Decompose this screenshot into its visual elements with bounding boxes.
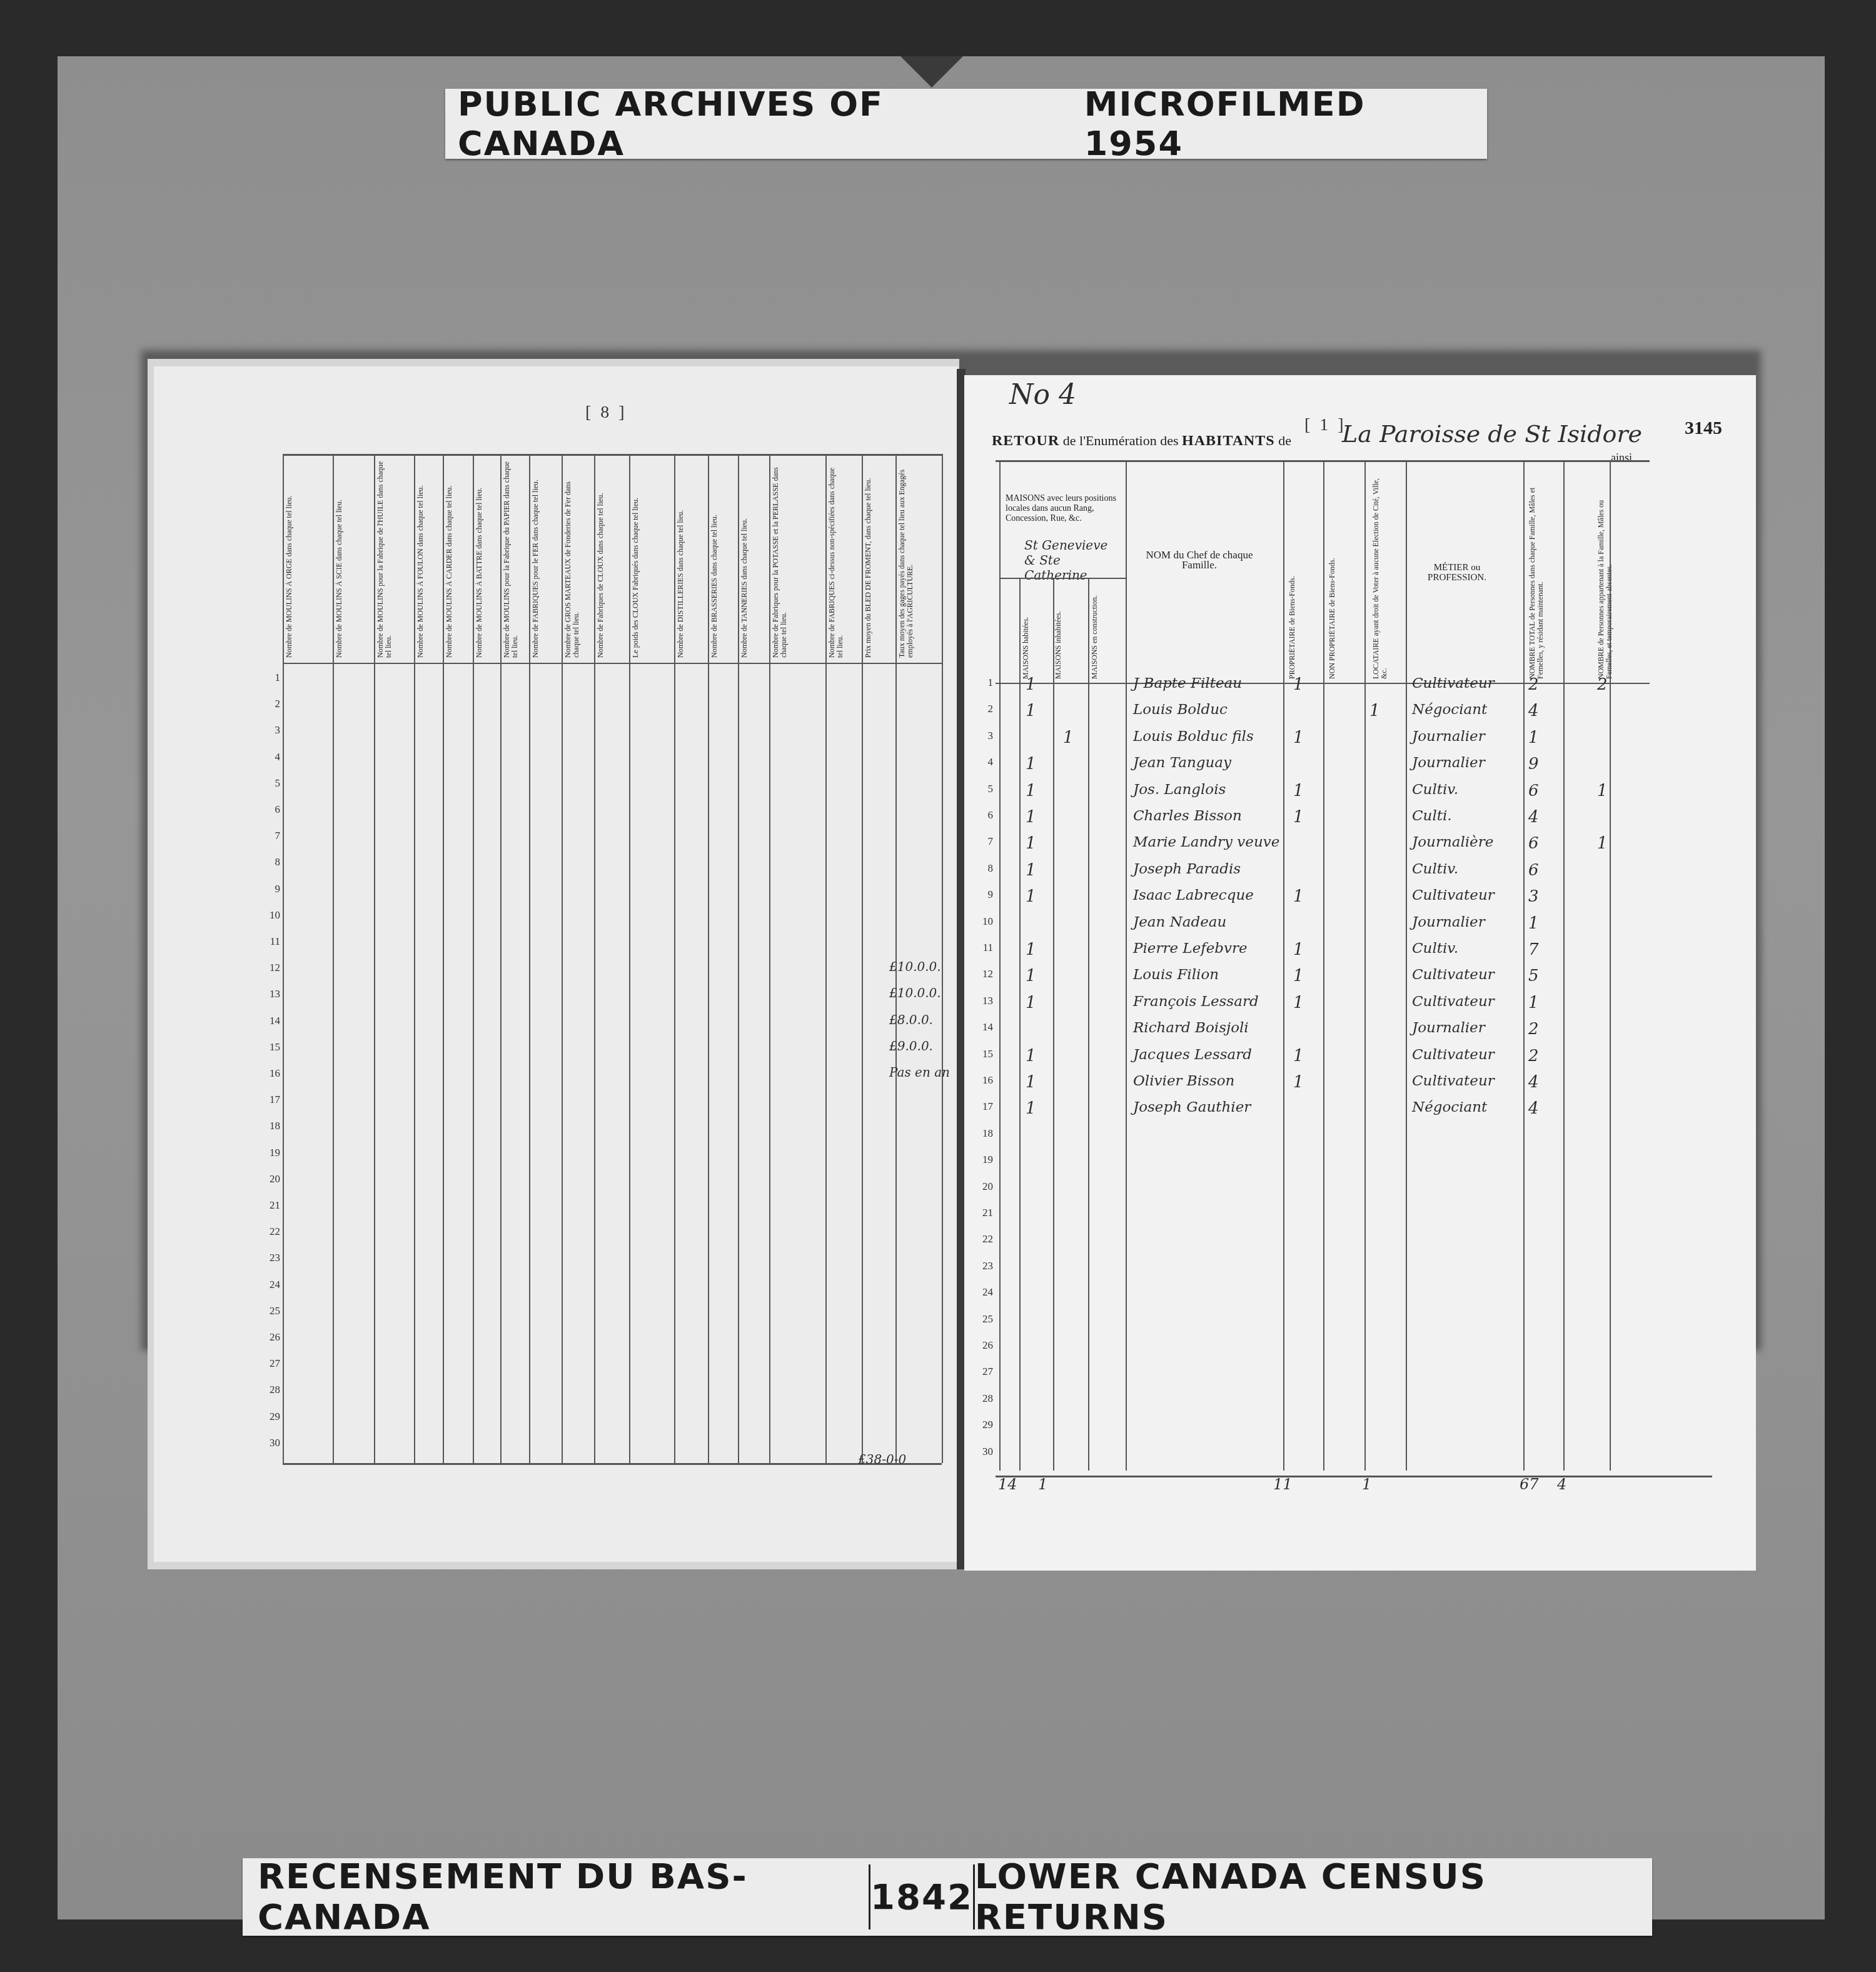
title-de: de <box>1278 433 1291 448</box>
total-hab: 14 <box>998 1476 1017 1493</box>
cell-prop: 1 <box>1293 808 1304 827</box>
left-header-bottom-rule <box>283 663 942 664</box>
cell-prop: 1 <box>1293 728 1304 747</box>
left-page-number: [ 8 ] <box>585 403 627 423</box>
right-column-header-locataire: LOCATAIRE ayant droit de Voter à aucune … <box>1372 475 1403 679</box>
left-row-number: 1 <box>255 672 280 684</box>
left-row-number: 4 <box>255 751 280 763</box>
left-row-number: 30 <box>255 1437 280 1449</box>
left-row-number: 27 <box>255 1357 280 1370</box>
right-column-rule <box>1364 460 1366 1471</box>
left-row-number: 18 <box>255 1120 280 1132</box>
left-column-header: Nombre de MOULINS pour la Fabrique de l'… <box>376 460 411 658</box>
right-row-number: 4 <box>968 756 993 768</box>
cell-total: 4 <box>1528 808 1539 827</box>
left-column-header: Nombre de Fabriques de CLOUX dans chaque… <box>597 460 627 658</box>
right-row-number: 26 <box>968 1339 993 1352</box>
left-row-number: 11 <box>255 935 280 948</box>
left-column-rule <box>708 454 709 1463</box>
right-row-number: 23 <box>968 1260 993 1272</box>
left-column-rule <box>769 454 770 1463</box>
left-column-rule <box>333 454 334 1463</box>
right-row-number: 17 <box>968 1100 993 1113</box>
right-column-header-maisons-construction: MAISONS en construction. <box>1091 581 1122 679</box>
left-row-number: 16 <box>255 1067 280 1080</box>
left-column-rule <box>629 454 630 1463</box>
left-column-header: Nombre de MOULINS À BATTRE dans chaque t… <box>475 460 498 658</box>
title-middle: de l'Enumération des <box>1063 433 1179 448</box>
wage-entry: £9.0.0. <box>889 1039 933 1054</box>
cell-name: Louis Filion <box>1133 967 1219 983</box>
sheet-number: 3145 <box>1685 418 1722 439</box>
right-column-rule <box>1053 578 1054 1471</box>
total-inhab: 1 <box>1038 1476 1047 1493</box>
archive-name: PUBLIC ARCHIVES OF CANADA <box>458 84 1059 163</box>
wage-entry: £10.0.0. <box>889 985 941 1000</box>
left-column-rule <box>594 454 595 1463</box>
cell-metier: Journalier <box>1412 914 1485 930</box>
left-column-rule <box>473 454 474 1463</box>
right-row-number: 30 <box>968 1446 993 1458</box>
left-row-number: 5 <box>255 777 280 790</box>
cell-name: Richard Boisjoli <box>1133 1020 1249 1036</box>
cell-name: Joseph Paradis <box>1133 861 1241 877</box>
left-row-number: 21 <box>255 1199 280 1212</box>
microfilm-date: MICROFILMED 1954 <box>1084 84 1475 163</box>
right-row-number: 5 <box>968 783 993 795</box>
left-column-header: Nombre de MOULINS À ORGE dans chaque tel… <box>285 460 330 658</box>
cell-prop: 1 <box>1293 887 1304 906</box>
cell-total: 4 <box>1528 1099 1539 1118</box>
right-column-header-proprietaire: PROPRIÉTAIRE de Biens-Fonds. <box>1288 475 1319 679</box>
film-notch <box>900 56 963 88</box>
cell-hab: 1 <box>1026 755 1036 773</box>
left-column-rule <box>825 454 827 1463</box>
left-column-rule <box>283 454 284 1464</box>
left-column-rule <box>374 454 375 1463</box>
right-column-rule <box>1323 460 1324 1471</box>
left-column-header: Nombre de BRASSERIES dans chaque tel lie… <box>710 460 735 658</box>
cell-name: Charles Bisson <box>1133 808 1242 824</box>
right-row-number: 21 <box>968 1207 993 1219</box>
right-header-bottom-rule <box>996 683 1650 684</box>
nom-header: NOM du Chef de chaque Famille. <box>1128 550 1271 570</box>
left-column-header: Nombre de Fabriques pour la POTASSE et l… <box>772 460 823 658</box>
left-row-number: 24 <box>255 1279 280 1291</box>
left-column-rule <box>500 454 502 1463</box>
left-header-top-rule <box>283 454 942 456</box>
left-row-number: 17 <box>255 1094 280 1106</box>
left-row-number: 7 <box>255 830 280 842</box>
cell-total: 2 <box>1528 1047 1539 1065</box>
right-row-number: 27 <box>968 1366 993 1378</box>
right-column-rule <box>1406 460 1407 1471</box>
census-footer-label: RECENSEMENT DU BAS-CANADA 1842 LOWER CAN… <box>243 1858 1652 1936</box>
cell-metier: Cultivateur <box>1412 994 1495 1010</box>
cell-hab: 1 <box>1026 808 1036 827</box>
right-column-header-maisons-habitees: MAISONS habitées. <box>1022 581 1053 679</box>
cell-total: 2 <box>1528 1020 1539 1039</box>
left-row-number: 13 <box>255 988 280 1000</box>
right-row-number: 15 <box>968 1048 993 1060</box>
right-row-number: 29 <box>968 1419 993 1431</box>
right-column-rule <box>1563 460 1565 1471</box>
cell-name: J Bapte Filteau <box>1133 675 1242 692</box>
cell-hab: 1 <box>1026 994 1036 1012</box>
right-row-number: 12 <box>968 968 993 980</box>
cell-loc: 1 <box>1369 702 1380 720</box>
left-row-number: 23 <box>255 1252 280 1264</box>
cell-name: Jean Tanguay <box>1133 755 1231 771</box>
cell-total: 2 <box>1528 675 1539 694</box>
right-column-rule <box>1523 460 1525 1471</box>
right-column-rule <box>1610 460 1611 1471</box>
left-row-number: 9 <box>255 883 280 895</box>
cell-name: Marie Landry veuve <box>1133 834 1279 850</box>
right-row-number: 25 <box>968 1313 993 1326</box>
parish-name: La Paroisse de St Isidore <box>1342 420 1642 448</box>
cell-prop: 1 <box>1293 782 1304 800</box>
left-row-number: 10 <box>255 909 280 922</box>
cell-prop: 1 <box>1293 994 1304 1012</box>
cell-metier: Négociant <box>1412 702 1487 718</box>
cell-hab: 1 <box>1026 1099 1036 1118</box>
right-row-number: 20 <box>968 1180 993 1193</box>
cell-name: François Lessard <box>1133 994 1259 1010</box>
left-row-number: 28 <box>255 1384 280 1396</box>
left-column-header: Nombre de FABRIQUES pour le FER dans cha… <box>532 460 559 658</box>
left-column-rule <box>562 454 563 1463</box>
folio-mark: No 4 <box>1009 379 1076 411</box>
cell-total: 5 <box>1528 967 1539 985</box>
right-column-header-nombre-total: NOMBRE TOTAL de Personnes dans chaque Fa… <box>1528 475 1566 679</box>
right-column-rule <box>1019 578 1021 1471</box>
total-prop: 11 <box>1273 1476 1293 1493</box>
metier-header: MÉTIER ou PROFESSION. <box>1408 563 1506 583</box>
cell-name: Joseph Gauthier <box>1133 1099 1251 1115</box>
census-title-en: LOWER CANADA CENSUS RETURNS <box>975 1856 1637 1938</box>
cell-name: Jos. Langlois <box>1133 782 1226 798</box>
cell-name: Jacques Lessard <box>1133 1047 1252 1063</box>
archive-header-label: PUBLIC ARCHIVES OF CANADA MICROFILMED 19… <box>445 89 1487 159</box>
left-column-header: Nombre de GROS MARTEAUX de Fonderies de … <box>564 460 592 658</box>
census-year: 1842 <box>870 1877 973 1918</box>
left-row-number: 25 <box>255 1305 280 1317</box>
cell-metier: Négociant <box>1412 1099 1487 1115</box>
cell-total: 6 <box>1528 861 1539 880</box>
right-page-number: [ 1 ] <box>1304 415 1346 435</box>
right-row-number: 2 <box>968 703 993 715</box>
cell-name: Isaac Labrecque <box>1133 887 1254 903</box>
left-row-number: 22 <box>255 1225 280 1238</box>
cell-hab: 1 <box>1026 861 1036 880</box>
left-column-rule <box>895 454 897 1463</box>
cell-total: 6 <box>1528 782 1539 800</box>
cell-metier: Cultivateur <box>1412 1073 1495 1089</box>
right-row-number: 8 <box>968 862 993 875</box>
right-column-header-non-proprietaire: NON PROPRIÉTAIRE de Biens-Fonds. <box>1328 475 1363 679</box>
maisons-location-header: MAISONS avec leurs positions locales dan… <box>1006 494 1124 524</box>
cell-name: Jean Nadeau <box>1133 914 1226 930</box>
census-title-fr: RECENSEMENT DU BAS-CANADA <box>258 1856 869 1938</box>
left-column-header: Nombre de DISTILLERIES dans chaque tel l… <box>677 460 705 658</box>
cell-name: Louis Bolduc fils <box>1133 728 1254 745</box>
cell-hab: 1 <box>1026 702 1036 720</box>
left-column-header: Nombre de MOULINS À CARDER dans chaque t… <box>445 460 470 658</box>
right-row-number: 10 <box>968 915 993 928</box>
cell-hab: 1 <box>1026 1073 1036 1092</box>
cell-metier: Cultiv. <box>1412 861 1458 877</box>
cell-total: 4 <box>1528 1073 1539 1092</box>
cell-total: 3 <box>1528 887 1539 906</box>
cell-prop: 1 <box>1293 1047 1304 1065</box>
right-row-number: 16 <box>968 1074 993 1087</box>
left-column-header: Nombre de MOULINS À FOULON dans chaque t… <box>416 460 440 658</box>
location-handwritten: St Genevieve & Ste Catherine <box>1024 538 1112 583</box>
cell-total: 4 <box>1528 702 1539 720</box>
left-column-header: Prix moyen du BLED DE FROMENT, dans chaq… <box>864 460 893 658</box>
right-column-rule <box>1283 460 1284 1471</box>
cell-prop: 1 <box>1293 1073 1304 1092</box>
cell-metier: Journalier <box>1412 728 1485 745</box>
right-row-number: 3 <box>968 730 993 742</box>
cell-total: 7 <box>1528 940 1539 959</box>
cell-prop: 1 <box>1293 940 1304 959</box>
right-row-number: 9 <box>968 888 993 901</box>
cell-total: 9 <box>1528 755 1539 773</box>
right-column-header-nombre-absents: NOMBRE de Personnes appartenant à la Fam… <box>1597 475 1641 679</box>
cell-total: 1 <box>1528 728 1539 747</box>
right-header-top-rule <box>996 460 1650 462</box>
cell-metier: Culti. <box>1412 808 1452 824</box>
cell-absent: 1 <box>1597 782 1608 800</box>
left-total: £38-0-0 <box>858 1452 906 1467</box>
right-column-rule <box>1088 578 1089 1471</box>
right-row-number: 24 <box>968 1286 993 1299</box>
right-row-number: 6 <box>968 809 993 822</box>
left-column-header: Nombre de TANNERIES dans chaque tel lieu… <box>740 460 767 658</box>
left-column-header: Nombre de MOULINS À SCIE dans chaque tel… <box>335 460 371 658</box>
left-row-number: 15 <box>255 1041 280 1054</box>
cell-total: 6 <box>1528 834 1539 853</box>
right-row-number: 28 <box>968 1392 993 1405</box>
left-row-number: 26 <box>255 1331 280 1344</box>
wage-entry: £10.0.0. <box>889 959 941 974</box>
left-column-rule <box>529 454 530 1463</box>
cell-metier: Cultivateur <box>1412 887 1495 903</box>
return-title: RETOUR de l'Enumération des HABITANTS de <box>992 433 1291 450</box>
title-habitants: HABITANTS <box>1182 433 1275 449</box>
total-total: 67 <box>1520 1476 1539 1493</box>
left-row-number: 19 <box>255 1147 280 1159</box>
right-column-header-maisons-inhabitees: MAISONS inhabitées. <box>1054 581 1082 679</box>
right-row-number: 22 <box>968 1233 993 1245</box>
cell-metier: Cultiv. <box>1412 782 1458 798</box>
right-table-bottom-rule <box>996 1476 1712 1477</box>
right-row-number: 18 <box>968 1127 993 1140</box>
cell-total: 1 <box>1528 914 1539 933</box>
cell-total: 1 <box>1528 994 1539 1012</box>
cell-hab: 1 <box>1026 782 1036 800</box>
cell-hab: 1 <box>1026 834 1036 853</box>
cell-prop: 1 <box>1293 967 1304 985</box>
total-absent: 4 <box>1557 1476 1566 1493</box>
left-column-header: Le poids des CLOUX Fabriqués dans chaque… <box>632 460 672 658</box>
left-row-number: 6 <box>255 803 280 816</box>
left-column-rule <box>738 454 739 1463</box>
left-column-rule <box>862 454 863 1463</box>
cell-absent: 1 <box>1597 834 1608 853</box>
title-suffix: ainsi <box>1611 451 1632 465</box>
left-row-number: 29 <box>255 1411 280 1423</box>
cell-hab: 1 <box>1026 967 1036 985</box>
left-column-rule <box>443 454 444 1463</box>
left-row-number: 20 <box>255 1173 280 1185</box>
cell-hab: 1 <box>1026 675 1036 694</box>
right-row-number: 1 <box>968 677 993 689</box>
right-column-rule <box>1126 460 1127 1471</box>
left-row-number: 8 <box>255 856 280 868</box>
cell-metier: Cultivateur <box>1412 967 1495 983</box>
left-column-header: Nombre de MOULINS pour la Fabrique du PA… <box>503 460 527 658</box>
right-row-number: 19 <box>968 1154 993 1166</box>
left-row-number: 14 <box>255 1015 280 1027</box>
wage-entry: £8.0.0. <box>889 1012 933 1027</box>
cell-name: Louis Bolduc <box>1133 702 1228 718</box>
cell-name: Olivier Bisson <box>1133 1073 1234 1089</box>
right-row-number: 11 <box>968 942 993 954</box>
cell-absent: 2 <box>1597 675 1608 694</box>
cell-hab: 1 <box>1026 940 1036 959</box>
cell-prop: 1 <box>1293 675 1304 694</box>
left-row-number: 12 <box>255 962 280 974</box>
title-retour: RETOUR <box>992 433 1059 449</box>
cell-metier: Journalière <box>1412 834 1493 850</box>
cell-metier: Cultiv. <box>1412 940 1458 957</box>
right-row-number: 13 <box>968 995 993 1007</box>
cell-metier: Journalier <box>1412 755 1485 771</box>
left-column-rule <box>942 454 943 1463</box>
left-column-rule <box>414 454 415 1463</box>
right-column-rule <box>999 460 1001 1471</box>
cell-name: Pierre Lefebvre <box>1133 940 1248 957</box>
right-row-number: 7 <box>968 835 993 848</box>
total-loc: 1 <box>1362 1476 1371 1493</box>
cell-hab: 1 <box>1026 887 1036 906</box>
left-row-number: 3 <box>255 724 280 737</box>
right-row-number: 14 <box>968 1021 993 1034</box>
wage-entry: Pas en an <box>889 1065 950 1080</box>
cell-metier: Cultivateur <box>1412 675 1495 692</box>
left-table-bottom-rule <box>283 1463 942 1465</box>
cell-hab: 1 <box>1026 1047 1036 1065</box>
cell-inhab: 1 <box>1063 728 1074 747</box>
left-column-header: Nombre de FABRIQUES ci-dessus non-spécif… <box>828 460 859 658</box>
cell-metier: Cultivateur <box>1412 1047 1495 1063</box>
left-column-rule <box>674 454 675 1463</box>
left-column-header: Taux moyen des gages payés dans chaque t… <box>898 460 939 658</box>
cell-metier: Journalier <box>1412 1020 1485 1036</box>
left-row-number: 2 <box>255 698 280 710</box>
